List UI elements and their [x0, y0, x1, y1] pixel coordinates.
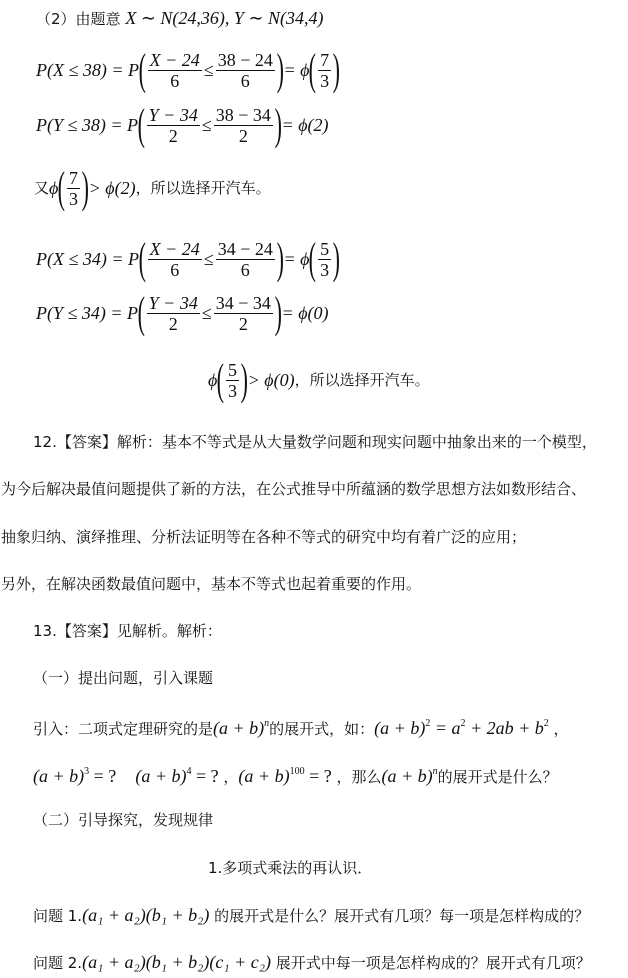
- equation-py-le-34: P(Y ≤ 34) = P ( Y − 342 ≤ 34 − 342 ) = ϕ…: [36, 288, 329, 338]
- comparison-1: 又 ϕ ( 73 ) > ϕ(2) ，所以选择开汽车。: [34, 163, 271, 213]
- fraction: 53: [226, 360, 239, 401]
- left-paren: (: [309, 237, 316, 281]
- equation-px-le-38: P(X ≤ 38) = P ( X − 246 ≤ 38 − 246 ) = ϕ…: [36, 45, 340, 95]
- fraction: X − 246: [148, 50, 202, 91]
- comparison-conclusion: ，所以选择开汽车。: [136, 178, 271, 198]
- binomial: (a + b): [33, 766, 84, 786]
- q13-problem-2: 问题 2.(a₁ + a₂)(b₁ + b₂)(c₁ + c₂) 展开式中每一项…: [33, 952, 591, 973]
- problem-label: 问题 2.: [33, 954, 82, 972]
- right-paren: ): [275, 291, 282, 335]
- problem-expression: (a₁ + a₂)(b₁ + b₂)(c₁ + c₂): [82, 952, 271, 972]
- fraction: X − 246: [148, 239, 202, 280]
- q12-line-3: 抽象归纳、演绎推理、分析法证明等在各种不等式的研究中均有着广泛的应用；: [1, 527, 526, 547]
- fraction: Y − 342: [147, 293, 200, 334]
- le-sign: ≤: [204, 60, 214, 80]
- left-paren: (: [58, 166, 65, 210]
- intro-text: 的展开式，如：: [269, 720, 374, 738]
- left-paren: (: [139, 48, 146, 92]
- comparison-conclusion: ，所以选择开汽车。: [295, 370, 430, 390]
- eq-phi: = ϕ: [284, 249, 310, 269]
- comparison-rhs: > ϕ(2): [89, 178, 136, 198]
- q12-line-4: 另外，在解决函数最值问题中，基本不等式也起着重要的作用。: [1, 574, 421, 594]
- problem-text: 的展开式是什么？展开式有几项？每一项是怎样构成的？: [209, 907, 589, 925]
- q13-section-2: （二）引导探究，发现规律: [33, 810, 213, 830]
- fraction: Y − 342: [147, 105, 200, 146]
- q13-powers: (a + b)3 = ? (a + b)4 = ? ，(a + b)100 = …: [33, 762, 558, 787]
- le-sign: ≤: [202, 303, 212, 323]
- q12-line-2: 为今后解决最值问题提供了新的方法，在公式推导中所蕴涵的数学思想方法如数形结合、: [1, 479, 586, 499]
- q13-subtitle: 1.多项式乘法的再认识．: [208, 858, 372, 878]
- comparison-prefix: 又: [34, 178, 49, 198]
- le-sign: ≤: [202, 115, 212, 135]
- q13-intro: 引入：二项式定理研究的是(a + b)n的展开式，如：(a + b)2 = a2…: [33, 714, 569, 739]
- eq-phi: = ϕ: [284, 60, 310, 80]
- part2-intro: （2）由题意 X ∼ N(24,36), Y ∼ N(34,4): [36, 8, 324, 29]
- comparison-2: ϕ ( 53 ) > ϕ(0) ，所以选择开汽车。: [208, 355, 430, 405]
- right-paren: ): [333, 237, 340, 281]
- right-paren: ): [333, 48, 340, 92]
- problem-label: 问题 1.: [33, 907, 82, 925]
- fraction: 38 − 246: [216, 50, 275, 91]
- eq-lhs: P(Y ≤ 38) = P: [36, 115, 138, 135]
- binomial: (a + b): [238, 766, 289, 786]
- part2-intro-text: （2）由题意: [36, 10, 121, 28]
- left-paren: (: [138, 103, 145, 147]
- binomial: (a + b): [135, 766, 186, 786]
- left-paren: (: [139, 237, 146, 281]
- le-sign: ≤: [204, 249, 214, 269]
- problem-expression: (a₁ + a₂)(b₁ + b₂): [82, 905, 209, 925]
- part2-distribution-formula: X ∼ N(24,36), Y ∼ N(34,4): [125, 8, 323, 28]
- fraction: 34 − 246: [216, 239, 275, 280]
- comparison-rhs: > ϕ(0): [248, 370, 295, 390]
- right-paren: ): [275, 103, 282, 147]
- left-paren: (: [217, 358, 224, 402]
- binomial: (a + b): [213, 718, 264, 738]
- eq-lhs: P(X ≤ 34) = P: [36, 249, 139, 269]
- binomial: (a + b): [374, 718, 425, 738]
- equation-py-le-38: P(Y ≤ 38) = P ( Y − 342 ≤ 38 − 342 ) = ϕ…: [36, 100, 329, 150]
- intro-text: 引入：二项式定理研究的是: [33, 720, 213, 738]
- right-paren: ): [82, 166, 89, 210]
- binomial: (a + b): [381, 766, 432, 786]
- fraction: 73: [67, 168, 80, 209]
- left-paren: (: [138, 291, 145, 335]
- eq-lhs: P(X ≤ 38) = P: [36, 60, 139, 80]
- q12-line-1: 12.【答案】解析：基本不等式是从大量数学问题和现实问题中抽象出来的一个模型，: [33, 432, 597, 452]
- left-paren: (: [309, 48, 316, 92]
- fraction: 73: [318, 50, 331, 91]
- q13-problem-1: 问题 1.(a₁ + a₂)(b₁ + b₂) 的展开式是什么？展开式有几项？每…: [33, 905, 589, 926]
- problem-text: 展开式中每一项是怎样构成的？展开式有几项？: [271, 954, 591, 972]
- eq-rhs: = ϕ(0): [282, 303, 329, 323]
- right-paren: ): [241, 358, 248, 402]
- fraction: 53: [318, 239, 331, 280]
- right-paren: ): [277, 237, 284, 281]
- eq-rhs: = ϕ(2): [282, 115, 329, 135]
- fraction: 38 − 342: [214, 105, 273, 146]
- eq-lhs: P(Y ≤ 34) = P: [36, 303, 138, 323]
- q13-header: 13.【答案】见解析。解析：: [33, 621, 222, 641]
- right-paren: ): [277, 48, 284, 92]
- equation-px-le-34: P(X ≤ 34) = P ( X − 246 ≤ 34 − 246 ) = ϕ…: [36, 234, 340, 284]
- q13-section-1: （一）提出问题，引入课题: [33, 668, 213, 688]
- fraction: 34 − 342: [214, 293, 273, 334]
